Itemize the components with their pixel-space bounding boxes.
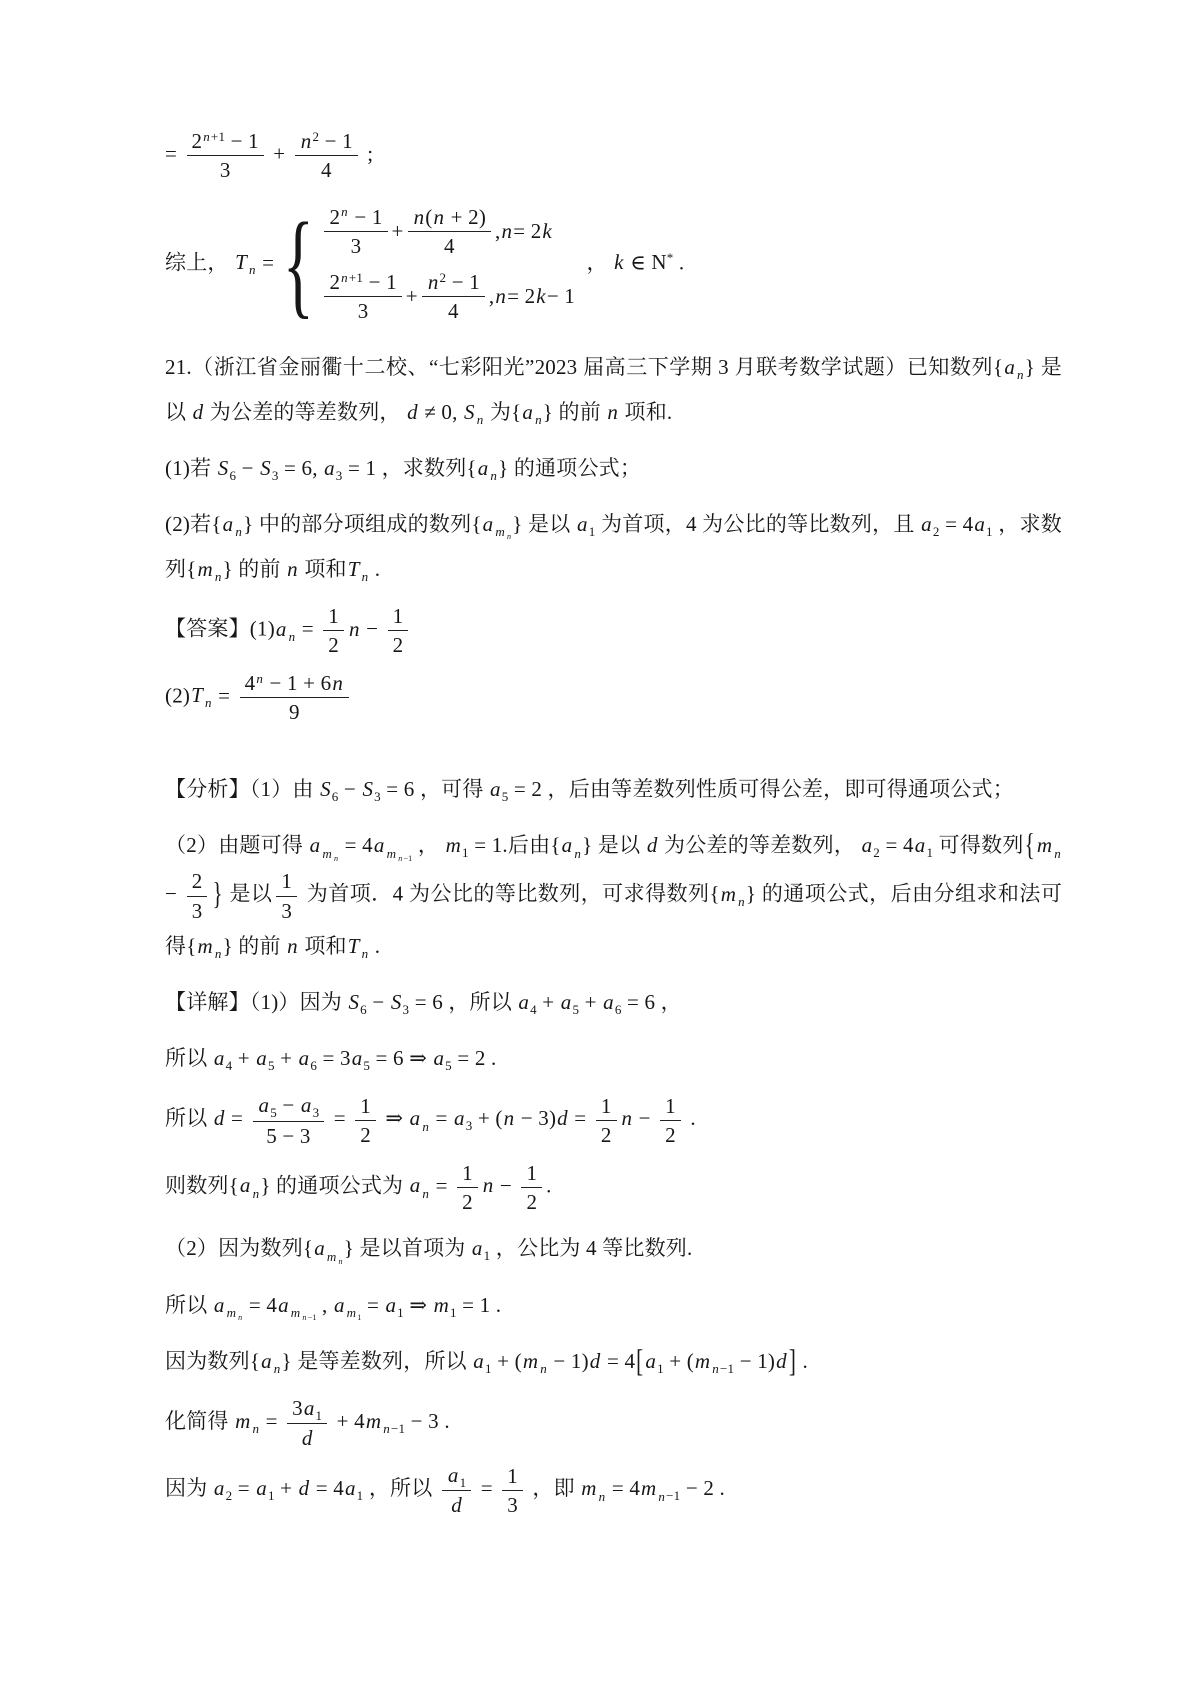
math-variable: n <box>433 205 446 229</box>
math-text: = 6 ， <box>622 990 682 1014</box>
math-text: − 1) <box>548 1349 589 1373</box>
math-sub-script: n <box>288 629 297 644</box>
math-text: + <box>275 1476 298 1500</box>
math-text: 1 <box>462 846 469 861</box>
math-text: 5 <box>445 1058 452 1073</box>
math-text: + ( <box>664 1349 694 1373</box>
math-denominator: 3 <box>353 297 374 324</box>
math-text: 3 <box>507 1493 518 1517</box>
math-subscript: an <box>1003 355 1024 379</box>
math-variable: m <box>346 1305 358 1320</box>
math-subscript: mn−1 <box>290 1305 317 1320</box>
math-fraction: 12 <box>323 603 344 659</box>
math-text: ，即 <box>527 1476 580 1500</box>
math-variable: a <box>239 1173 252 1197</box>
math-sub-script: n <box>1053 846 1062 861</box>
math-variable: d <box>213 1106 226 1130</box>
math-text: 2 <box>462 1190 473 1214</box>
math-numerator: n2 − 1 <box>295 128 358 156</box>
math-text: { <box>229 1173 239 1197</box>
math-text: 1 <box>360 1094 371 1118</box>
math-variable: m <box>386 846 398 861</box>
math-text: = <box>430 1173 453 1197</box>
math-text: { <box>303 1236 313 1260</box>
solution-part1-step3: 所以 d = a5 − a35 − 3 = 12 ⇒ an = a3 + (n … <box>165 1092 1062 1148</box>
analysis-part2: （2）由题可得 amn = 4amn−1 ， m1 = 1.后由{an} 是以 … <box>165 823 1062 969</box>
math-variable: n <box>413 205 426 229</box>
math-subscript: mn <box>720 882 746 906</box>
math-text: = 4 <box>940 512 974 536</box>
math-text: 1 <box>601 1094 612 1118</box>
math-variable: a <box>477 456 490 480</box>
math-subscript: a6 <box>602 990 621 1014</box>
math-subscript: an <box>239 1173 260 1197</box>
math-big-delimiter: { <box>1024 812 1036 880</box>
problem-21-part1: (1)若 S6 − S3 = 6, a3 = 1 ，求数列{an} 的通项公式； <box>165 446 1062 491</box>
math-variable: a <box>560 990 573 1014</box>
math-variable: k <box>535 274 547 319</box>
math-variable: n <box>273 1361 282 1376</box>
math-subscript: a1 <box>644 1349 663 1373</box>
math-text: − 1 + 6 <box>264 671 331 695</box>
math-text: { <box>211 512 221 536</box>
formula-continuation: = 2n+1 − 13 + n2 − 14 ; <box>165 128 1062 184</box>
math-subscript: am1 <box>333 1293 362 1317</box>
math-big-delimiter: ] <box>788 1327 797 1395</box>
math-text: 可得数列 <box>933 833 1023 857</box>
math-numerator: a1 <box>442 1462 471 1491</box>
math-text: 1 <box>268 1489 275 1504</box>
math-denominator: 4 <box>443 297 464 324</box>
math-variable: S <box>217 456 230 480</box>
math-variable: n <box>286 934 299 958</box>
math-text: − 1) <box>734 1349 775 1373</box>
math-text: = 6 ⇒ <box>370 1046 432 1070</box>
math-subscript: mn <box>494 524 512 539</box>
math-text: + <box>537 990 560 1014</box>
math-variable: a <box>255 1476 268 1500</box>
math-text: 项和 <box>299 934 347 958</box>
math-sub-script: n−1 <box>301 1313 316 1322</box>
math-text: = <box>328 1106 351 1130</box>
math-text: ≠ 0, <box>419 400 463 424</box>
math-subscript: a5 <box>258 1093 277 1117</box>
math-subscript: mn <box>234 1409 260 1433</box>
math-subscript: a6 <box>298 1046 317 1070</box>
math-variable: n <box>300 129 313 153</box>
math-text: + <box>392 209 404 254</box>
math-text: 1 <box>526 1161 537 1185</box>
math-text: 3 <box>281 899 292 923</box>
math-text: 1 <box>485 1361 492 1376</box>
math-fraction: 13 <box>276 868 297 924</box>
math-text: 3 <box>351 234 362 258</box>
math-fraction: n2 − 14 <box>295 128 358 184</box>
math-sub-script: n <box>539 1361 548 1376</box>
math-denominator: 2 <box>457 1188 478 1215</box>
math-text: 2 <box>329 205 340 229</box>
math-text: − 2 . <box>680 1476 725 1500</box>
math-text: − 1 <box>225 129 259 153</box>
math-text: 3 <box>292 1396 303 1420</box>
math-big-delimiter: } <box>211 861 223 929</box>
math-text: 2 <box>601 1123 612 1147</box>
math-text: 是以 <box>592 833 645 857</box>
math-text: 所以 <box>165 1046 213 1070</box>
math-text: − 1 <box>319 129 353 153</box>
math-text: + <box>579 990 602 1014</box>
math-text: −1 <box>391 1421 405 1436</box>
math-text: } <box>223 557 233 581</box>
math-text: 为首项，4 为公比的等比数列，且 <box>595 512 920 536</box>
math-subscript: Tn <box>347 934 370 958</box>
math-subscript: m1 <box>433 1293 457 1317</box>
math-fraction: 2n+1 − 13 <box>187 128 264 184</box>
math-text: (2)若 <box>165 512 211 536</box>
math-text: . <box>369 934 380 958</box>
solution-part2-step1: （2）因为数列{amn} 是以首项为 a1 ，公比为 4 等比数列. <box>165 1226 1062 1271</box>
math-subscript: a2 <box>920 512 939 536</box>
math-big-delimiter: [ <box>635 1327 644 1395</box>
math-sub-script: 1 <box>450 1305 457 1320</box>
math-variable: a <box>576 512 589 536</box>
math-fraction: 12 <box>388 603 409 659</box>
math-text: 中的部分项组成的数列 <box>253 512 471 536</box>
math-text: { <box>186 934 196 958</box>
math-text: 1 <box>281 869 292 893</box>
math-variable: d <box>298 1476 311 1500</box>
math-text: 3 <box>192 899 203 923</box>
math-variable: n <box>657 1489 666 1504</box>
math-text: 的通项公式； <box>508 456 641 480</box>
math-text: 1 <box>328 604 339 628</box>
math-text: 3 <box>336 468 343 483</box>
math-text: = <box>569 1106 592 1130</box>
math-numerator: 1 <box>355 1093 376 1121</box>
math-subscript: amn <box>482 512 513 536</box>
math-text: 3 <box>313 1106 320 1121</box>
math-fraction: 12 <box>457 1160 478 1216</box>
math-subscript: mn <box>196 557 222 581</box>
math-variable: n <box>248 262 257 277</box>
math-text: } <box>344 1236 354 1260</box>
math-sub-script: 1 <box>460 1475 467 1490</box>
math-denominator: 3 <box>187 897 208 924</box>
math-variable: m <box>445 833 462 857</box>
math-text: { <box>511 400 521 424</box>
math-text: 4 <box>448 299 459 323</box>
math-variable: m <box>365 1409 382 1433</box>
math-subscript: mn−1 <box>386 846 413 861</box>
math-variable: n <box>539 1361 548 1376</box>
math-numerator: a5 − a3 <box>253 1092 325 1121</box>
math-text: ， <box>412 833 444 857</box>
math-variable: a <box>409 1106 422 1130</box>
math-text: { <box>709 882 719 906</box>
math-fraction: 12 <box>521 1160 542 1216</box>
math-text: 为公差的等差数列， <box>204 400 406 424</box>
math-text: 4 <box>245 671 256 695</box>
math-variable: a <box>344 1476 357 1500</box>
math-variable: a <box>303 1396 316 1420</box>
math-subscript: a5 <box>560 990 579 1014</box>
math-denominator: 4 <box>439 232 460 259</box>
math-subscript: mn <box>196 934 222 958</box>
math-fraction: 12 <box>596 1093 617 1149</box>
math-subscript: an <box>409 1173 430 1197</box>
math-sub-script: 3 <box>272 468 279 483</box>
math-text: 项和 <box>299 557 347 581</box>
math-denominator: 2 <box>388 631 409 658</box>
math-sub-script: n <box>1016 367 1025 382</box>
math-subscript: S3 <box>259 456 278 480</box>
math-text: 【答案】(1) <box>165 617 275 641</box>
math-subscript: mn−1 <box>694 1349 734 1373</box>
math-text: 5 − 3 <box>266 1124 310 1148</box>
math-text: 1 <box>986 524 993 539</box>
math-sub-script: 3 <box>336 468 343 483</box>
math-subscript: a3 <box>453 1106 472 1130</box>
math-variable: a <box>517 990 530 1014</box>
math-text: 是以首项为 <box>354 1236 471 1260</box>
math-variable: n <box>234 524 243 539</box>
math-text: 的通项公式为 <box>271 1173 409 1197</box>
solution-part1-step2: 所以 a4 + a5 + a6 = 3a5 = 6 ⇒ a5 = 2 . <box>165 1036 1062 1081</box>
math-variable: n <box>214 569 223 584</box>
math-variable: m <box>433 1293 450 1317</box>
math-text: = 3 <box>317 1046 351 1070</box>
math-text: = 4 <box>310 1476 344 1500</box>
math-text: −1 <box>666 1489 680 1504</box>
solution-part2-step4: 化简得 mn = 3a1d + 4mn−1 − 3 . <box>165 1395 1062 1451</box>
math-text: = 1 ，求数列 <box>343 456 467 480</box>
math-variable: m <box>290 1305 302 1320</box>
math-fraction: 2n − 13 <box>324 204 387 260</box>
math-sub-script: n <box>248 262 257 277</box>
math-sub-script: n−1 <box>382 1421 405 1436</box>
math-fraction: 4n − 1 + 6n9 <box>240 670 349 726</box>
math-sub-script: 3 <box>374 789 381 804</box>
math-sub-script: n−1 <box>397 854 412 863</box>
math-text: −1 <box>308 1313 317 1322</box>
math-sup-script: n <box>255 671 264 686</box>
math-text: } <box>1025 355 1035 379</box>
math-subscript: S6 <box>347 990 366 1014</box>
math-variable: n <box>534 412 543 427</box>
math-text: 综上， <box>165 250 234 274</box>
math-text: 1 <box>462 1161 473 1185</box>
math-text: 项和. <box>619 400 672 424</box>
math-text: − <box>277 1093 300 1117</box>
math-text: （2）因为数列 <box>165 1236 303 1260</box>
math-text: = <box>213 683 236 707</box>
math-text: 2 <box>192 869 203 893</box>
math-subscript: amn <box>309 833 340 857</box>
math-text: = 1.后由 <box>469 833 551 857</box>
math-variable: a <box>973 512 986 536</box>
math-text: = 1 . <box>457 1293 502 1317</box>
math-subscript: Tn <box>190 683 213 707</box>
math-text: 是以 <box>523 512 577 536</box>
math-variable: T <box>347 934 361 958</box>
math-text: ; <box>362 142 374 166</box>
math-text: 4 <box>444 234 455 258</box>
math-text: − <box>236 456 259 480</box>
math-text: = <box>430 1106 453 1130</box>
math-text: − <box>361 617 384 641</box>
math-text: 3 <box>220 158 231 182</box>
math-sub-script: mn <box>326 1249 344 1264</box>
math-text: , <box>317 1293 333 1317</box>
formula-summary-cases: 综上， Tn = {2n − 13 + n(n + 2)4 , n = 2k2n… <box>165 204 1062 325</box>
math-variable: a <box>323 456 336 480</box>
math-text: } <box>223 934 233 958</box>
math-text: . <box>685 1106 696 1130</box>
math-cases: {2n − 13 + n(n + 2)4 , n = 2k2n+1 − 13 +… <box>286 204 575 325</box>
math-text: = <box>475 1476 498 1500</box>
math-sub-script: 2 <box>933 524 940 539</box>
math-denominator: 3 <box>502 1491 523 1518</box>
math-variable: a <box>861 833 874 857</box>
math-text: = 4 <box>880 833 914 857</box>
math-text: } <box>582 833 592 857</box>
math-fraction: n2 − 14 <box>422 269 485 325</box>
math-subscript: a1 <box>471 1236 490 1260</box>
math-subscript: m1 <box>445 833 469 857</box>
math-text: + <box>406 274 418 319</box>
math-numerator: 1 <box>502 1463 523 1491</box>
math-subscript: a5 <box>255 1046 274 1070</box>
math-subscript: amn <box>213 1293 244 1317</box>
math-text: ⇒ <box>404 1293 433 1317</box>
math-text: 所以 <box>165 1106 213 1130</box>
answer-part1: 【答案】(1)an = 12n − 12 <box>165 603 1062 659</box>
math-text: 6 <box>360 1002 367 1017</box>
math-text: 1 <box>657 1361 664 1376</box>
math-sub-script: 1 <box>268 1489 275 1504</box>
math-text: ，所以 <box>363 1476 438 1500</box>
math-text: { <box>550 833 560 857</box>
math-denominator: 2 <box>660 1121 681 1148</box>
math-variable: n <box>421 1186 430 1201</box>
math-variable: a <box>300 1093 313 1117</box>
math-variable: n <box>340 204 349 219</box>
math-variable: n <box>288 629 297 644</box>
math-variable: m <box>1036 833 1053 857</box>
math-numerator: 1 <box>596 1093 617 1121</box>
math-fraction: 2n+1 − 13 <box>324 269 401 325</box>
math-text: 4 <box>530 1002 537 1017</box>
math-text: 因为数列 <box>165 1349 250 1373</box>
math-variable: m <box>196 557 213 581</box>
math-text: . <box>673 250 684 274</box>
math-text: = 6, <box>279 456 324 480</box>
analysis-part1: 【分析】（1）由 S6 − S3 = 6 ，可得 a5 = 2 ，后由等差数列性… <box>165 767 1062 812</box>
math-subscript: mn−1 <box>365 1409 405 1433</box>
math-subscript: S3 <box>390 990 409 1014</box>
solution-part1-step1: 【详解】（1)）因为 S6 − S3 = 6 ，所以 a4 + a5 + a6 … <box>165 980 1062 1025</box>
math-sub-script: n <box>421 1186 430 1201</box>
math-text: 【详解】（1)）因为 <box>165 990 347 1014</box>
math-fraction: 12 <box>660 1093 681 1149</box>
math-variable: a <box>521 400 534 424</box>
math-text: ， <box>581 250 613 274</box>
math-variable: d <box>192 400 205 424</box>
math-variable: d <box>589 1349 602 1373</box>
math-text: + 4 <box>331 1409 365 1433</box>
solution-part2-step5: 因为 a2 = a1 + d = 4a1 ，所以 a1d = 13 ，即 mn … <box>165 1462 1062 1518</box>
math-denominator: 9 <box>284 698 305 725</box>
answer-part2: (2)Tn = 4n − 1 + 6n9 <box>165 670 1062 726</box>
math-variable: a <box>277 1293 290 1317</box>
math-variable: a <box>373 833 386 857</box>
math-variable: a <box>447 1463 460 1487</box>
math-cases-row: 2n+1 − 13 + n2 − 14 , n = 2k − 1 <box>320 269 575 325</box>
math-text: + 2) <box>445 205 486 229</box>
math-fraction: 23 <box>187 868 208 924</box>
math-text: } <box>282 1349 292 1373</box>
math-numerator: 3a1 <box>287 1395 327 1424</box>
math-numerator: 1 <box>457 1160 478 1188</box>
math-subscript: an <box>521 400 542 424</box>
math-text: 则数列 <box>165 1173 229 1197</box>
math-text: 21.（浙江省金丽衢十二校、“七彩阳光”2023 届高三下学期 3 月联考数学试… <box>165 355 993 379</box>
math-text: 1 <box>460 1475 467 1490</box>
math-text: 3 <box>374 789 381 804</box>
math-denominator: 3 <box>346 232 367 259</box>
math-variable: a <box>309 833 322 857</box>
math-variable: n <box>340 270 349 285</box>
math-text: } <box>512 512 522 536</box>
math-variable: m <box>326 1249 338 1264</box>
math-text: { <box>471 512 481 536</box>
math-subscript: a1 <box>914 833 933 857</box>
math-text: 5 <box>268 1058 275 1073</box>
math-variable: a <box>333 1293 346 1317</box>
math-variable: a <box>489 777 502 801</box>
math-variable: a <box>351 1046 364 1070</box>
math-text: + <box>232 1046 255 1070</box>
math-subscript: a1 <box>384 1293 403 1317</box>
math-text: = <box>362 1293 385 1317</box>
math-superscript: 2n <box>329 205 348 229</box>
math-variable: a <box>453 1106 466 1130</box>
math-text: 1 <box>665 1094 676 1118</box>
math-text: 2 <box>328 633 339 657</box>
math-denominator: 2 <box>521 1188 542 1215</box>
math-text: − 3) <box>515 1106 556 1130</box>
math-numerator: n(n + 2) <box>408 204 491 232</box>
math-variable: m <box>321 846 333 861</box>
math-text: { <box>250 1349 260 1373</box>
math-text: 3 <box>358 299 369 323</box>
math-text: 5 <box>270 1106 277 1121</box>
math-subscript: a1 <box>447 1463 466 1487</box>
math-fraction: a5 − a35 − 3 <box>253 1092 325 1148</box>
math-variable: m <box>694 1349 711 1373</box>
math-numerator: 4n − 1 + 6n <box>240 670 349 698</box>
math-subscript: amn <box>313 1236 344 1260</box>
math-numerator: 1 <box>388 603 409 631</box>
math-subscript: a5 <box>489 777 508 801</box>
math-subscript: mn <box>321 846 339 861</box>
math-variable: d <box>556 1106 569 1130</box>
math-sub-script: n <box>534 412 543 427</box>
math-numerator: 1 <box>323 603 344 631</box>
math-subscript: S6 <box>319 777 338 801</box>
math-sub-script: m1 <box>346 1305 362 1320</box>
math-sub-script: 1 <box>485 1361 492 1376</box>
